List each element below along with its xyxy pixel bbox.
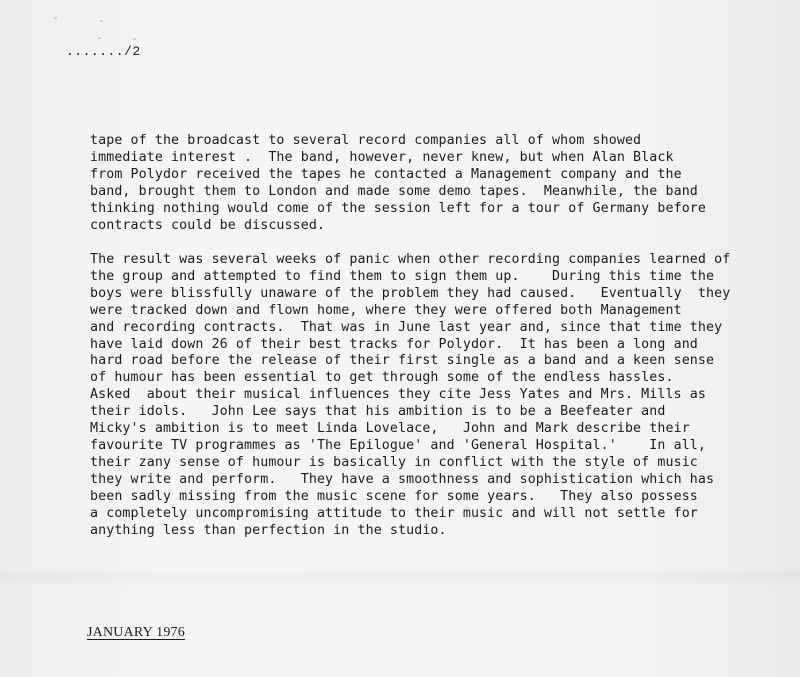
paper-speck [98, 37, 101, 39]
paragraph-broadcast-tape: tape of the broadcast to several record … [90, 133, 706, 234]
page-continuation-marker: ......./2 [66, 44, 141, 59]
paper-speck [100, 20, 103, 22]
document-date: JANUARY 1976 [87, 625, 185, 641]
paragraph-result-panic: The result was several weeks of panic wh… [90, 252, 730, 539]
paper-speck [54, 17, 57, 19]
paper-speck [133, 38, 136, 40]
